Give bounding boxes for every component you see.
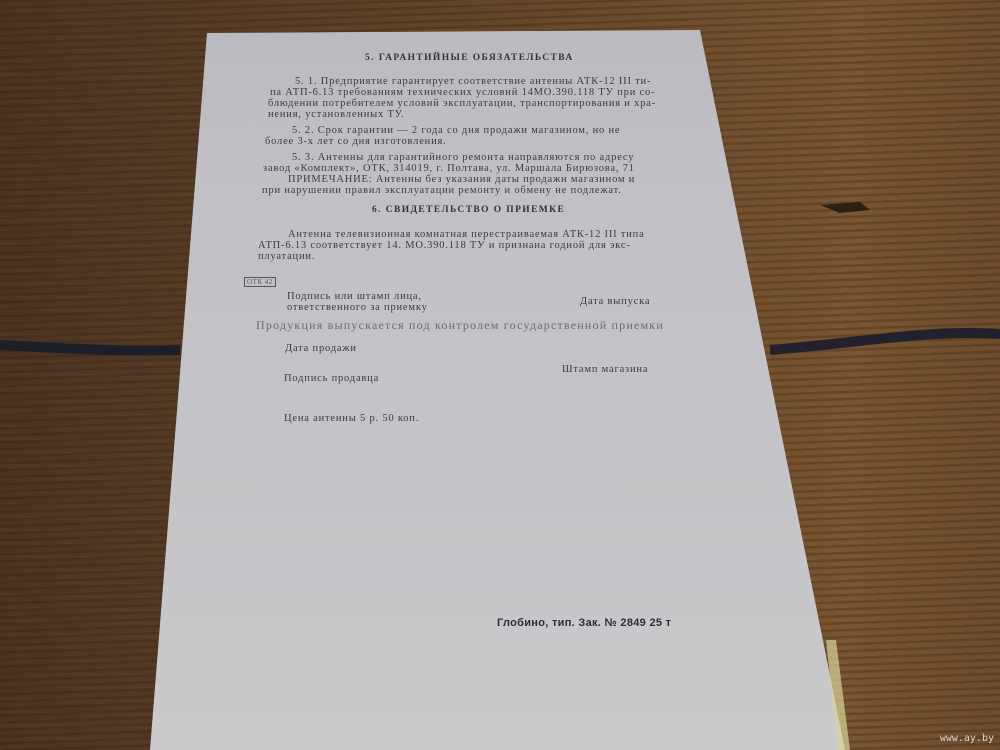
section6-p1-line2: АТП-6.13 соответствует 14. МО.390.118 ТУ… (258, 240, 631, 251)
watermark: www.ay.by (940, 733, 994, 744)
signature-label-line1: Подпись или штамп лица, (287, 291, 422, 302)
section5-p1-line3: блюдении потребителем условий эксплуатац… (268, 98, 656, 109)
seller-signature-label: Подпись продавца (284, 373, 379, 384)
section6-heading: 6. СВИДЕТЕЛЬСТВО О ПРИЕМКЕ (372, 205, 565, 215)
section5-heading: 5. ГАРАНТИЙНЫЕ ОБЯЗАТЕЛЬСТВА (365, 53, 574, 63)
section6-p1-line3: плуатации. (258, 251, 315, 262)
otk-stamp: ОТК 42 (244, 277, 276, 287)
store-stamp-label: Штамп магазина (562, 364, 648, 375)
state-acceptance-note: Продукция выпускается под контролем госу… (256, 318, 664, 333)
section5-p3-line2: завод «Комплект», ОТК, 314019, г. Полтав… (263, 163, 635, 174)
section5-p2-line2: более 3-х лет со дня изготовления. (265, 136, 447, 147)
section6-p1-line1: Антенна телевизионная комнатная перестра… (288, 229, 645, 240)
section5-p1-line2: па АТП-6.13 требованиям технических усло… (270, 87, 655, 98)
section5-p3-line1: 5. 3. Антенны для гарантийного ремонта н… (292, 152, 634, 163)
sale-date-label: Дата продажи (285, 343, 357, 354)
section5-p2-line1: 5. 2. Срок гарантии — 2 года со дня прод… (292, 125, 620, 136)
release-date-label: Дата выпуска (580, 296, 650, 307)
document-page (0, 0, 1000, 750)
section5-p1-line1: 5. 1. Предприятие гарантирует соответств… (295, 76, 651, 87)
section5-p1-line4: нения, установленных ТУ. (268, 109, 405, 120)
price-text: Цена антенны 5 р. 50 коп. (284, 413, 419, 424)
signature-label-line2: ответственного за приемку (287, 302, 428, 313)
section5-note-line1: ПРИМЕЧАНИЕ: Антенны без указания даты пр… (288, 174, 635, 185)
section5-note-line2: при нарушении правил эксплуатации ремонт… (262, 185, 622, 196)
print-imprint: Глобино, тип. Зак. № 2849 25 т (497, 617, 671, 629)
